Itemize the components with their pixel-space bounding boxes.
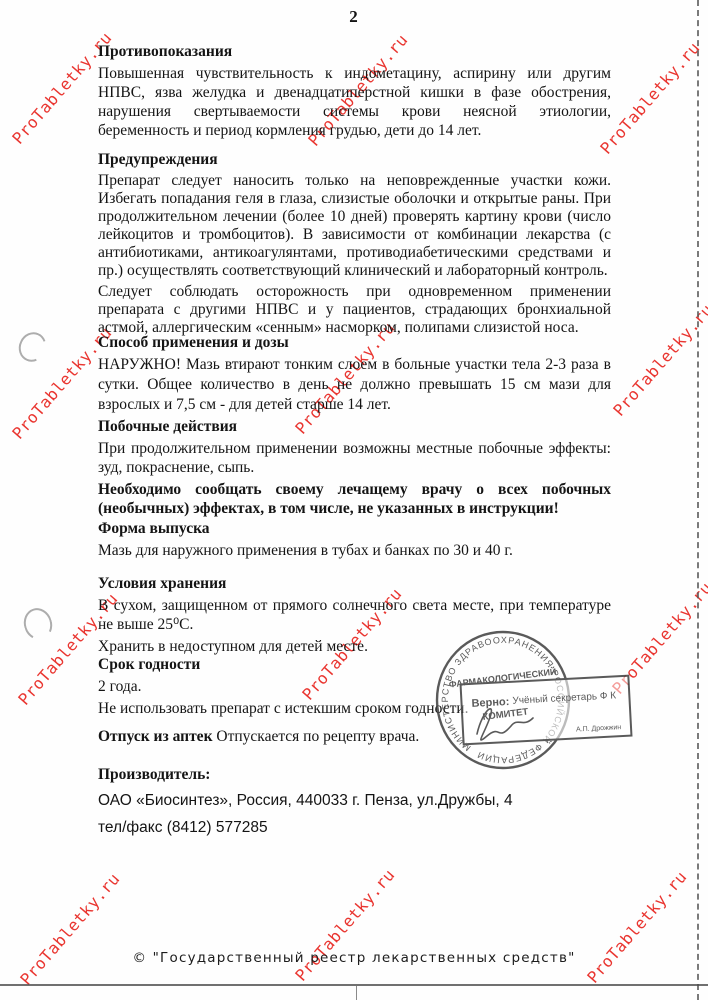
stamp-verified-label: Верно:	[471, 696, 509, 710]
section-heading: Форма выпуска	[98, 519, 611, 538]
hole-punch-mark	[20, 604, 57, 643]
section-heading: Способ применения и дозы	[98, 333, 611, 352]
section-heading: Предупреждения	[98, 150, 611, 169]
section-paragraph: Следует соблюдать осторожность при однов…	[98, 283, 611, 337]
stamp-graphic: МИНИСТЕРСТВО ЗДРАВООХРАНЕНИЯ РОССИЙСКОЙ …	[425, 612, 685, 782]
section-paragraph-bold: Необходимо сообщать своему лечащему врач…	[98, 480, 611, 518]
scan-edge-line-right	[697, 0, 699, 1000]
section-warnings: Предупреждения Препарат следует наносить…	[98, 150, 611, 337]
section-paragraph: Препарат следует наносить только на непо…	[98, 172, 611, 280]
section-dosage: Способ применения и дозы НАРУЖНО! Мазь в…	[98, 333, 611, 415]
hole-punch-mark	[14, 328, 51, 366]
scanned-drug-leaflet-page: { "page_number": "2", "watermark": { "te…	[0, 0, 708, 1000]
stamp-verification-box	[461, 676, 632, 745]
section-side-effects: Побочные действия При продолжительном пр…	[98, 417, 611, 518]
section-paragraph: При продолжительном применении возможны …	[98, 439, 611, 477]
page-number: 2	[0, 7, 708, 27]
section-form: Форма выпуска Мазь для наружного примене…	[98, 519, 611, 560]
manufacturer-phone: тел/факс (8412) 577285	[98, 818, 611, 838]
section-paragraph: Мазь для наружного применения в тубах и …	[98, 541, 611, 560]
scan-edge-tick	[356, 986, 357, 1000]
section-contraindications: Противопоказания Повышенная чувствительн…	[98, 42, 611, 140]
approval-stamp: МИНИСТЕРСТВО ЗДРАВООХРАНЕНИЯ РОССИЙСКОЙ …	[425, 612, 685, 782]
dispensing-text: Отпускается по рецепту врача.	[216, 728, 419, 745]
watermark-text: ProTabletky.ru	[583, 867, 690, 987]
watermark-text: ProTabletky.ru	[596, 38, 703, 158]
section-heading: Условия хранения	[98, 574, 611, 593]
section-paragraph: Повышенная чувствительность к индометаци…	[98, 64, 611, 140]
watermark-text: ProTabletky.ru	[609, 300, 708, 420]
dispensing-label: Отпуск из аптек	[98, 728, 213, 745]
section-heading: Противопоказания	[98, 42, 611, 61]
section-paragraph: НАРУЖНО! Мазь втирают тонким слоем в бол…	[98, 355, 611, 415]
footer-caption: © "Государственный реестр лекарственных …	[0, 950, 708, 966]
manufacturer-address: ОАО «Биосинтез», Россия, 440033 г. Пенза…	[98, 791, 611, 811]
scan-edge-line-bottom	[0, 984, 708, 986]
section-heading: Побочные действия	[98, 417, 611, 436]
watermark-text: ProTabletky.ru	[16, 869, 123, 989]
watermark-text: ProTabletky.ru	[291, 865, 398, 985]
